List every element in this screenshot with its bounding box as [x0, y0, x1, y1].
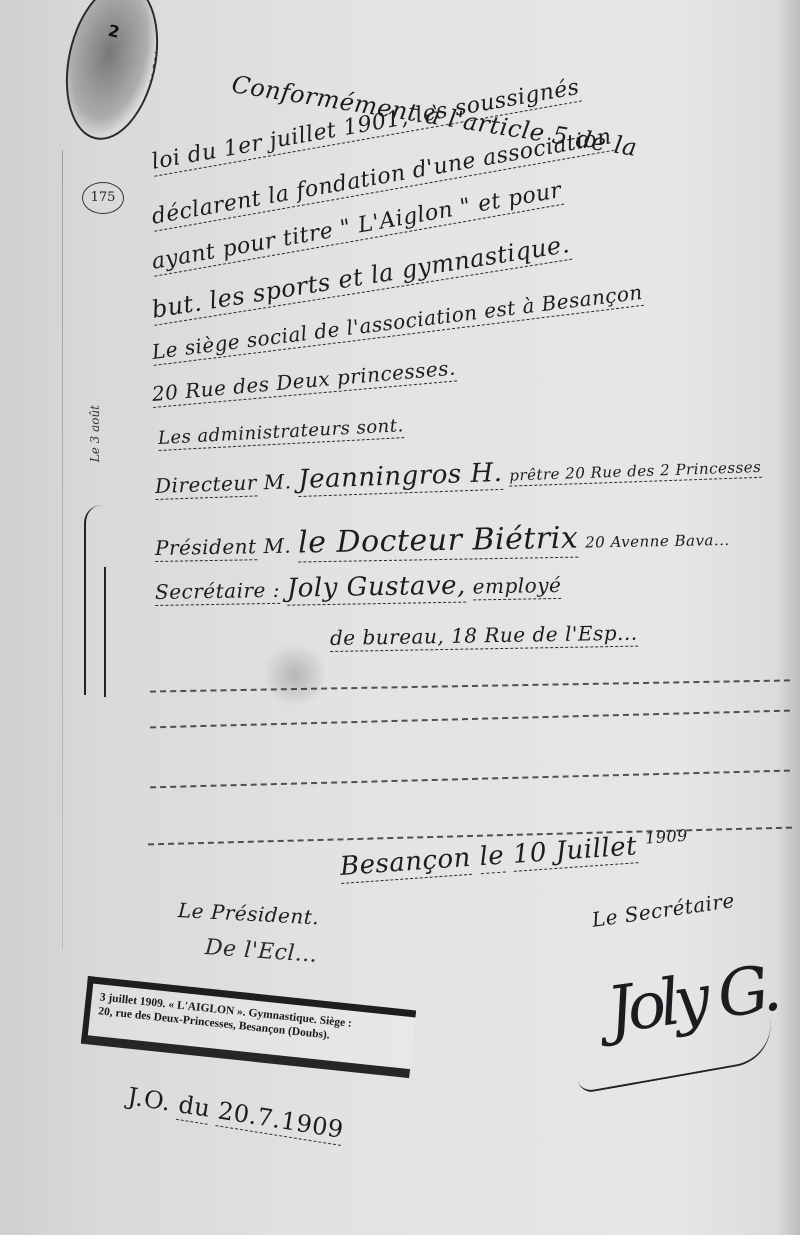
admin-detail-line2: de bureau, 18 Rue de l'Esp... [330, 621, 638, 652]
jo-prefix: du [176, 1090, 212, 1125]
closing-place: Besançon [339, 843, 472, 884]
paper-shadow [265, 640, 325, 710]
blank-rule [150, 710, 790, 729]
admin-name: le Docteur Biétrix [298, 521, 579, 563]
blank-rule [150, 770, 790, 789]
president-label: Le Président. [177, 898, 319, 929]
admin-role: Secrétaire : [155, 578, 280, 606]
document-page: RÉPUBLIQUE FRANÇAISE 2 175 Le 3 août Con… [0, 0, 800, 1235]
admin-row-president: Président M. le Docteur Biétrix 20 Avenn… [155, 518, 730, 563]
admin-prefix: M. [263, 534, 291, 558]
body-line-8: Les administrateurs sont. [157, 415, 404, 449]
admin-detail: 20 Avenne Bava... [585, 531, 730, 552]
secretary-label: Le Secrétaire [590, 888, 736, 932]
margin-rule [62, 150, 63, 950]
body-line-8-text: Les administrateurs sont. [157, 415, 404, 451]
admin-row-directeur: Directeur M. Jeanningros H. prêtre 20 Ru… [154, 449, 761, 500]
margin-note: Le 3 août [88, 405, 102, 462]
admin-name: Joly Gustave, [287, 571, 467, 606]
admin-row-secretaire: Secrétaire : Joly Gustave, employé [155, 569, 562, 606]
margin-bracket [84, 505, 110, 695]
jo-label: J.O. [126, 1082, 173, 1116]
closing-date-prefix: le [478, 840, 505, 874]
admin-prefix: M. [263, 469, 292, 494]
jo-date: 20.7.1909 [216, 1096, 346, 1145]
admin-role: Président [155, 534, 257, 562]
admin-detail: prêtre 20 Rue des 2 Princesses [509, 458, 762, 487]
journal-clipping: 3 juillet 1909. « L'AIGLON ». Gymnastiqu… [81, 976, 416, 1078]
blank-rule [150, 679, 790, 692]
closing-year: 1909 [645, 826, 689, 848]
admin-role: Directeur [155, 470, 258, 500]
stamp-legend: RÉPUBLIQUE FRANÇAISE [136, 3, 171, 133]
closing-date: 10 Juillet [512, 831, 638, 872]
stamp-value: 2 [106, 21, 121, 42]
journal-officiel-reference: J.O. du 20.7.1909 [126, 1082, 346, 1144]
folio-number: 175 [82, 182, 124, 214]
body-line-7-text: 20 Rue des Deux princesses. [151, 355, 457, 407]
president-signature: De l'Ecl... [204, 935, 318, 968]
admin-name: Jeanningros H. [298, 458, 503, 497]
fiscal-stamp: RÉPUBLIQUE FRANÇAISE 2 [52, 0, 171, 148]
admin-row-secretaire-continued: de bureau, 18 Rue de l'Esp... [330, 621, 638, 650]
body-line-7: 20 Rue des Deux princesses. [151, 355, 457, 405]
admin-detail: employé [472, 573, 561, 601]
